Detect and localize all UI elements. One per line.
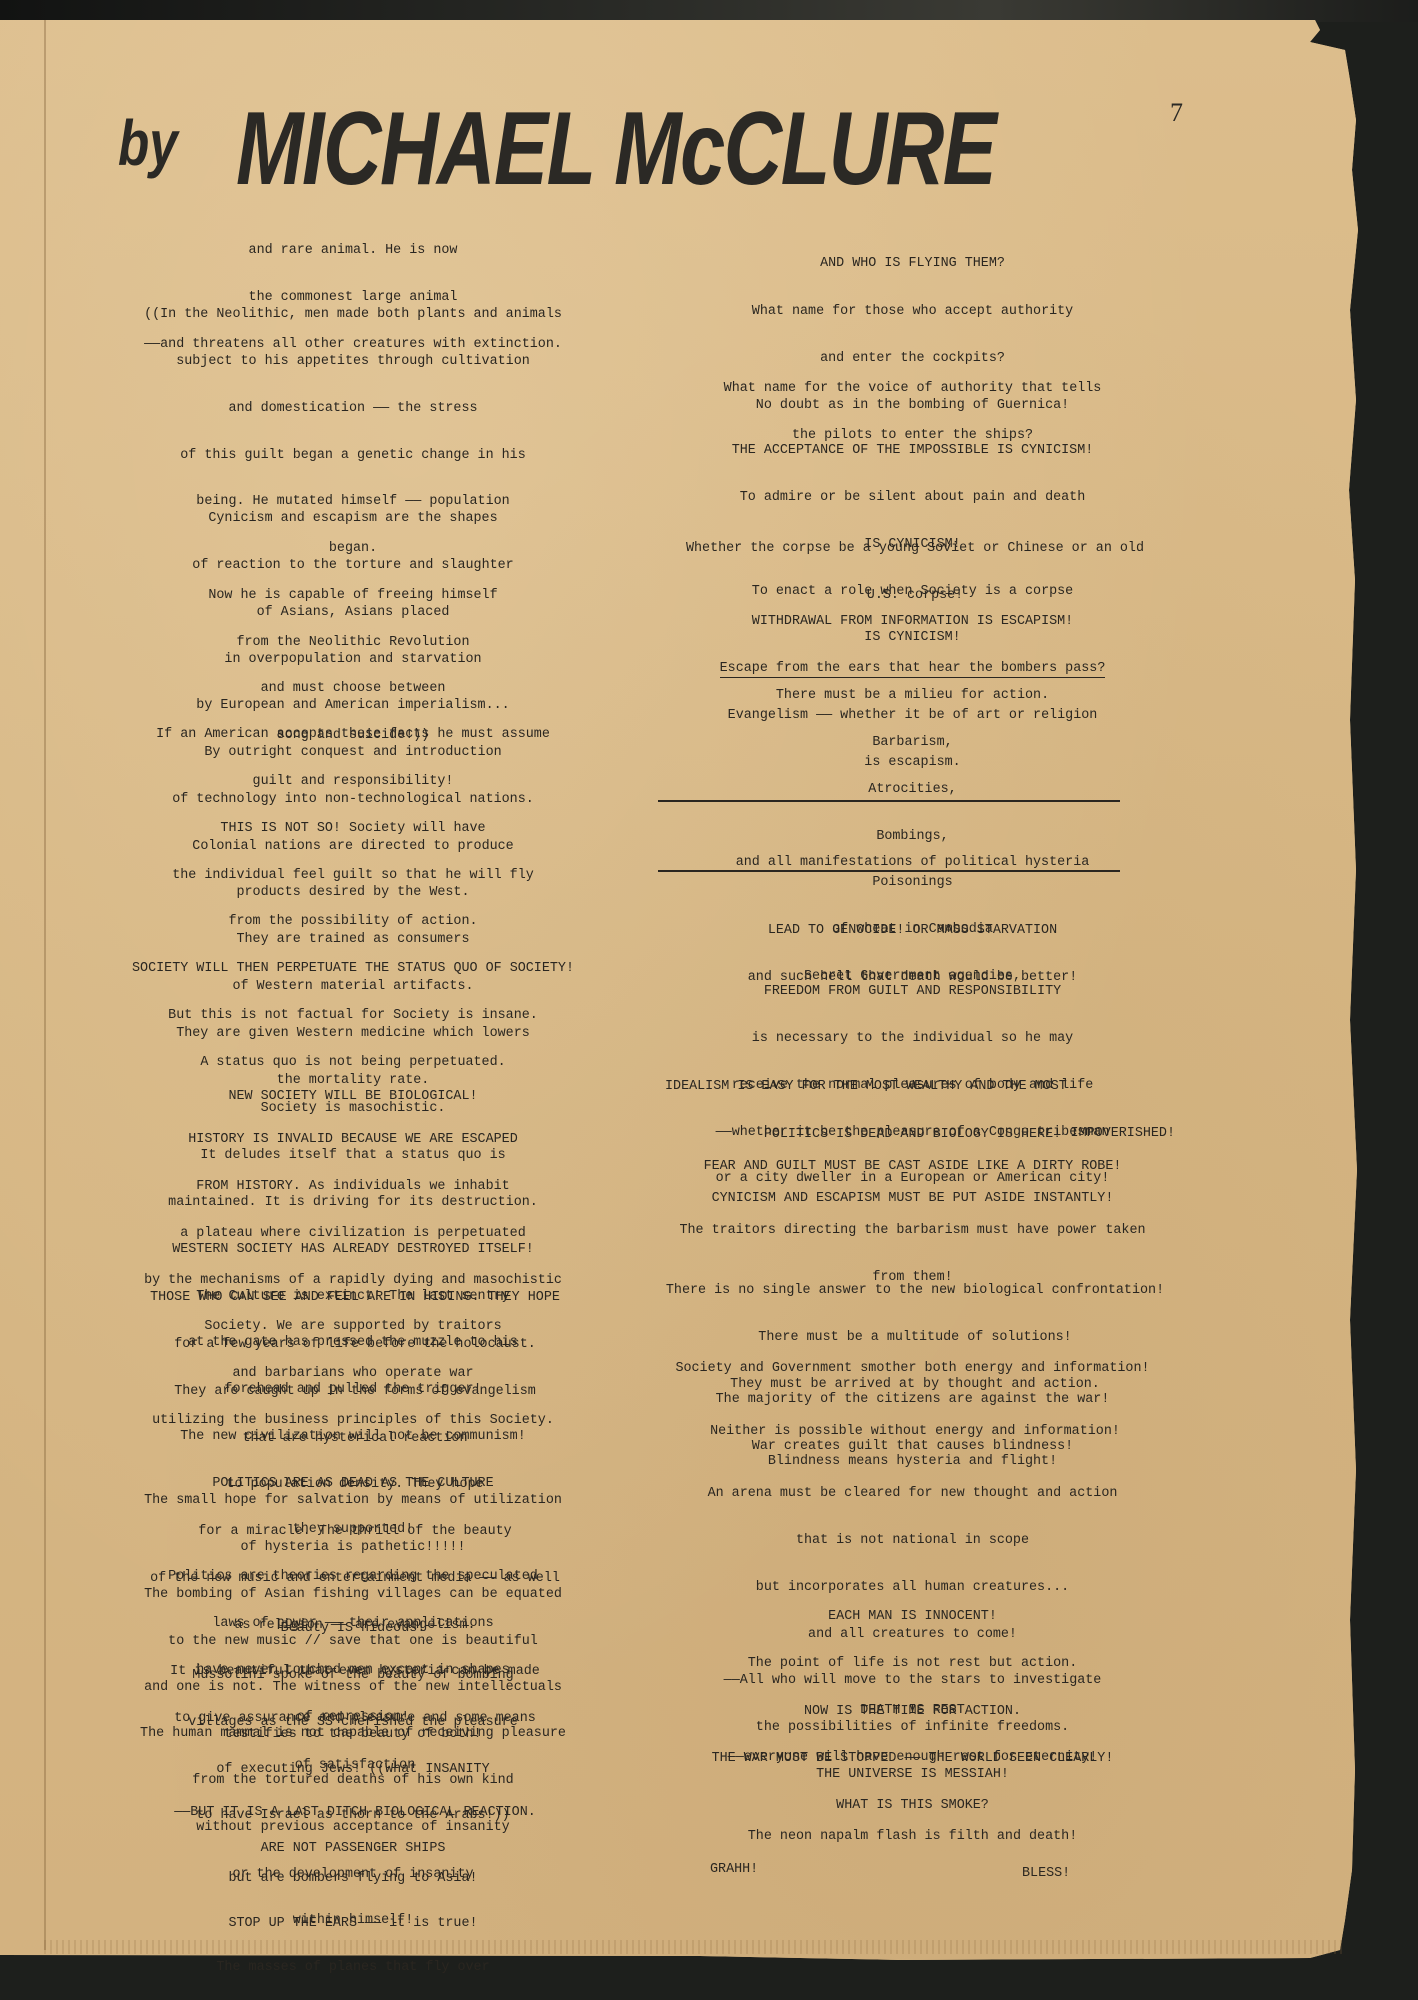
text-line: the individual feel guilt so that he wil… [108, 868, 598, 884]
text-line: What name for those who accept authority [655, 304, 1170, 320]
text-line: The small hope for salvation by means of… [108, 1493, 598, 1509]
text-line: The traitors directing the barbarism mus… [655, 1223, 1170, 1239]
text-line: THIS IS NOT SO! Society will have [108, 821, 598, 837]
text-line: of reaction to the torture and slaughter [108, 558, 598, 574]
text-line: An arena must be cleared for new thought… [655, 1486, 1170, 1502]
text-line: and all manifestations of political hyst… [655, 855, 1170, 871]
byline-prefix: by [118, 106, 178, 180]
text-line: To admire or be silent about pain and de… [655, 490, 1170, 506]
text-line: But this is not factual for Society is i… [108, 1008, 598, 1024]
text-line: and domestication —— the stress [108, 401, 598, 417]
text-line: guilt and responsibility! [108, 774, 598, 790]
text-line: WITHDRAWAL FROM INFORMATION IS ESCAPISM! [655, 614, 1170, 630]
text-line: There must be a milieu for action. [655, 688, 1170, 704]
text-line: If an American accepts these facts he mu… [108, 727, 598, 743]
text-line: FROM HISTORY. As individuals we inhabit [108, 1179, 598, 1195]
article-byline-headline: by MICHAEL McCLURE [118, 100, 215, 174]
text-line: Whether the corpse be a young Soviet or … [645, 541, 1185, 557]
text-line: FREEDOM FROM GUILT AND RESPONSIBILITY [655, 984, 1170, 1000]
text-line: They are caught up in the forms of evang… [90, 1384, 620, 1400]
author-name: MICHAEL McCLURE [236, 90, 995, 209]
scanner-background [0, 0, 1418, 22]
text-line: of this guilt began a genetic change in … [108, 448, 598, 464]
text-line: Mussolini spoke of the beauty of bombing [108, 1668, 598, 1684]
text-line: What name for the voice of authority tha… [655, 381, 1170, 397]
horizontal-rule [658, 870, 1120, 872]
text-line: for a few years of life before the holoc… [90, 1337, 620, 1353]
text-line: THE ACCEPTANCE OF THE IMPOSSIBLE IS CYNI… [655, 443, 1170, 459]
left-column: and rare animal. He is now the commonest… [108, 212, 598, 430]
text-line: is necessary to the individual so he may [655, 1031, 1170, 1047]
closing-right: BLESS! [1022, 1866, 1082, 1882]
text-line: of hysteria is pathetic!!!!! [108, 1540, 598, 1556]
text-line: that is not national in scope [655, 1533, 1170, 1549]
text-line: STOP UP THE EARS —— it is true! [108, 1916, 598, 1932]
text-line: There is no single answer to the new bio… [645, 1283, 1185, 1299]
text-line: HISTORY IS INVALID BECAUSE WE ARE ESCAPE… [108, 1132, 598, 1148]
text-line: Barbarism, [655, 735, 1170, 751]
text-line: in overpopulation and starvation [108, 652, 598, 668]
text-line: THOSE WHO CAN SEE AND FEEL ARE IN HIDING… [90, 1290, 620, 1306]
text-line: IDEALISM IS EASY FOR THE MOST WEALTHY AN… [665, 1079, 1180, 1095]
horizontal-rule [658, 800, 1120, 802]
stanza: and all manifestations of political hyst… [655, 824, 1170, 902]
text-line: a plateau where civilization is perpetua… [108, 1226, 598, 1242]
text-line: EACH MAN IS INNOCENT! [655, 1609, 1170, 1625]
text-line: Beauty IS hideous! [108, 1621, 598, 1637]
text-line: The point of life is not rest but action… [655, 1656, 1170, 1672]
stanza: STOP UP THE EARS —— it is true! [108, 1885, 598, 1963]
text-line: of Asians, Asians placed [108, 605, 598, 621]
text-line: The human mammal is not capable of recei… [108, 1726, 598, 1742]
closing-left: GRAHH! [710, 1862, 770, 1878]
text-line: that are hysterical reaction [90, 1431, 620, 1447]
text-line: from the tortured deaths of his own kind [108, 1773, 598, 1789]
text-line: SOCIETY WILL THEN PERPETUATE THE STATUS … [108, 961, 598, 977]
text-line: LEAD TO GENOCIDE! OR MASS STARVATION [655, 923, 1170, 939]
text-line: Atrocities, [655, 782, 1170, 798]
right-column: AND WHO IS FLYING THEM? What name for th… [655, 225, 1170, 630]
text-line: ((In the Neolithic, men made both plants… [108, 307, 598, 323]
text-line: and rare animal. He is now [108, 243, 598, 259]
text-line: Cynicism and escapism are the shapes [108, 511, 598, 527]
text-line: from the possibility of action. [108, 914, 598, 930]
text-line: AND WHO IS FLYING THEM? [655, 256, 1170, 272]
text-line: The majority of the citizens are against… [655, 1392, 1170, 1408]
page-fold-line [44, 20, 46, 1950]
text-line: subject to his appetites through cultiva… [108, 354, 598, 370]
page-number: 7 [1170, 98, 1183, 128]
text-line: NOW IS THE TIME FOR ACTION. [655, 1704, 1170, 1720]
text-line: The neon napalm flash is filth and death… [655, 1829, 1170, 1845]
